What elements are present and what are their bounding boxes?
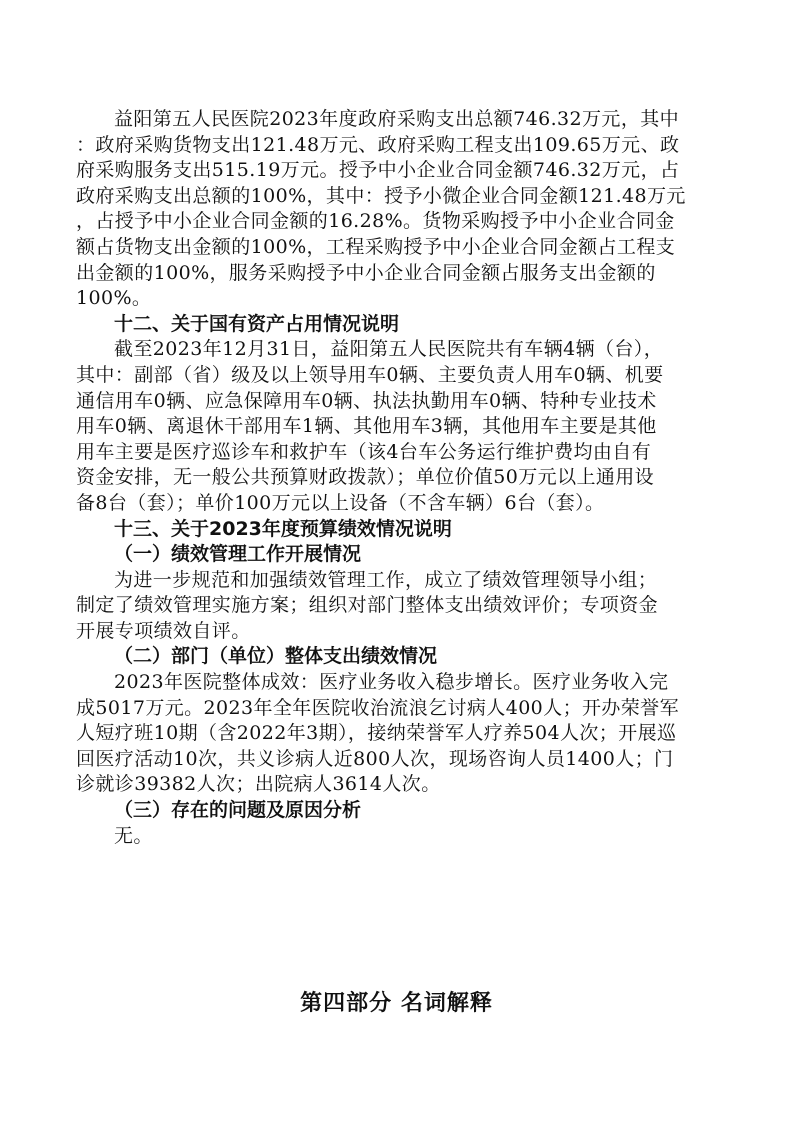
text-line: 额占货物支出金额的100%，工程采购授予中小企业合同金额占工程支 xyxy=(76,235,726,261)
text-line: 制定了绩效管理实施方案；组织对部门整体支出绩效评价；专项资金 xyxy=(76,593,726,619)
text-line: 资金安排，无一般公共预算财政拨款）；单位价值50万元以上通用设 xyxy=(76,465,726,491)
text-line: 无。 xyxy=(76,824,726,850)
text-line: 政府采购支出总额的100%，其中：授予小微企业合同金额121.48万元 xyxy=(76,184,726,210)
text-line: ：政府采购货物支出121.48万元、政府采购工程支出109.65万元、政 xyxy=(76,133,726,159)
section-13-sub3-paragraph: 无。 xyxy=(76,824,726,850)
text-line: 用车0辆、离退休干部用车1辆、其他用车3辆，其他用车主要是其他 xyxy=(76,414,726,440)
text-line: 其中：副部（省）级及以上领导用车0辆、主要负责人用车0辆、机要 xyxy=(76,363,726,389)
text-line: 府采购服务支出515.19万元。授予中小企业合同金额746.32万元，占 xyxy=(76,158,726,184)
text-line: 人短疗班10期（含2022年3期），接纳荣誉军人疗养504人次；开展巡 xyxy=(76,721,726,747)
document-page: 益阳第五人民医院2023年度政府采购支出总额746.32万元，其中 ：政府采购货… xyxy=(0,0,793,1122)
text-line: 100%。 xyxy=(76,286,726,312)
section-12-paragraph: 截至2023年12月31日，益阳第五人民医院共有车辆4辆（台）， 其中：副部（省… xyxy=(76,337,726,516)
text-line: 用车主要是医疗巡诊车和救护车（该4台车公务运行维护费均由自有 xyxy=(76,440,726,466)
section-13-sub1-heading: （一）绩效管理工作开展情况 xyxy=(76,542,726,568)
text-line: 成5017万元。2023年全年医院收治流浪乞讨病人400人；开办荣誉军 xyxy=(76,696,726,722)
section-13-sub2-heading: （二）部门（单位）整体支出绩效情况 xyxy=(76,644,726,670)
document-body: 益阳第五人民医院2023年度政府采购支出总额746.32万元，其中 ：政府采购货… xyxy=(76,107,726,849)
text-line: 为进一步规范和加强绩效管理工作，成立了绩效管理领导小组； xyxy=(76,568,726,594)
section-13-sub1-paragraph: 为进一步规范和加强绩效管理工作，成立了绩效管理领导小组； 制定了绩效管理实施方案… xyxy=(76,568,726,645)
paragraph-procurement: 益阳第五人民医院2023年度政府采购支出总额746.32万元，其中 ：政府采购货… xyxy=(76,107,726,312)
text-line: 出金额的100%，服务采购授予中小企业合同金额占服务支出金额的 xyxy=(76,261,726,287)
text-line: 开展专项绩效自评。 xyxy=(76,619,726,645)
section-12-heading: 十二、关于国有资产占用情况说明 xyxy=(76,312,726,338)
text-line: 益阳第五人民医院2023年度政府采购支出总额746.32万元，其中 xyxy=(76,107,726,133)
text-line: 回医疗活动10次，共义诊病人近800人次，现场咨询人员1400人；门 xyxy=(76,747,726,773)
text-line: 诊就诊39382人次；出院病人3614人次。 xyxy=(76,772,726,798)
text-line: ，占授予中小企业合同金额的16.28%。货物采购授予中小企业合同金 xyxy=(76,209,726,235)
text-line: 截至2023年12月31日，益阳第五人民医院共有车辆4辆（台）， xyxy=(76,337,726,363)
text-line: 通信用车0辆、应急保障用车0辆、执法执勤用车0辆、特种专业技术 xyxy=(76,389,726,415)
section-13-sub2-paragraph: 2023年医院整体成效：医疗业务收入稳步增长。医疗业务收入完 成5017万元。2… xyxy=(76,670,726,798)
section-13-heading: 十三、关于2023年度预算绩效情况说明 xyxy=(76,517,726,543)
text-line: 2023年医院整体成效：医疗业务收入稳步增长。医疗业务收入完 xyxy=(76,670,726,696)
part-four-title: 第四部分 名词解释 xyxy=(0,986,793,1017)
section-13-sub3-heading: （三）存在的问题及原因分析 xyxy=(76,798,726,824)
text-line: 备8台（套）；单价100万元以上设备（不含车辆）6台（套）。 xyxy=(76,491,726,517)
